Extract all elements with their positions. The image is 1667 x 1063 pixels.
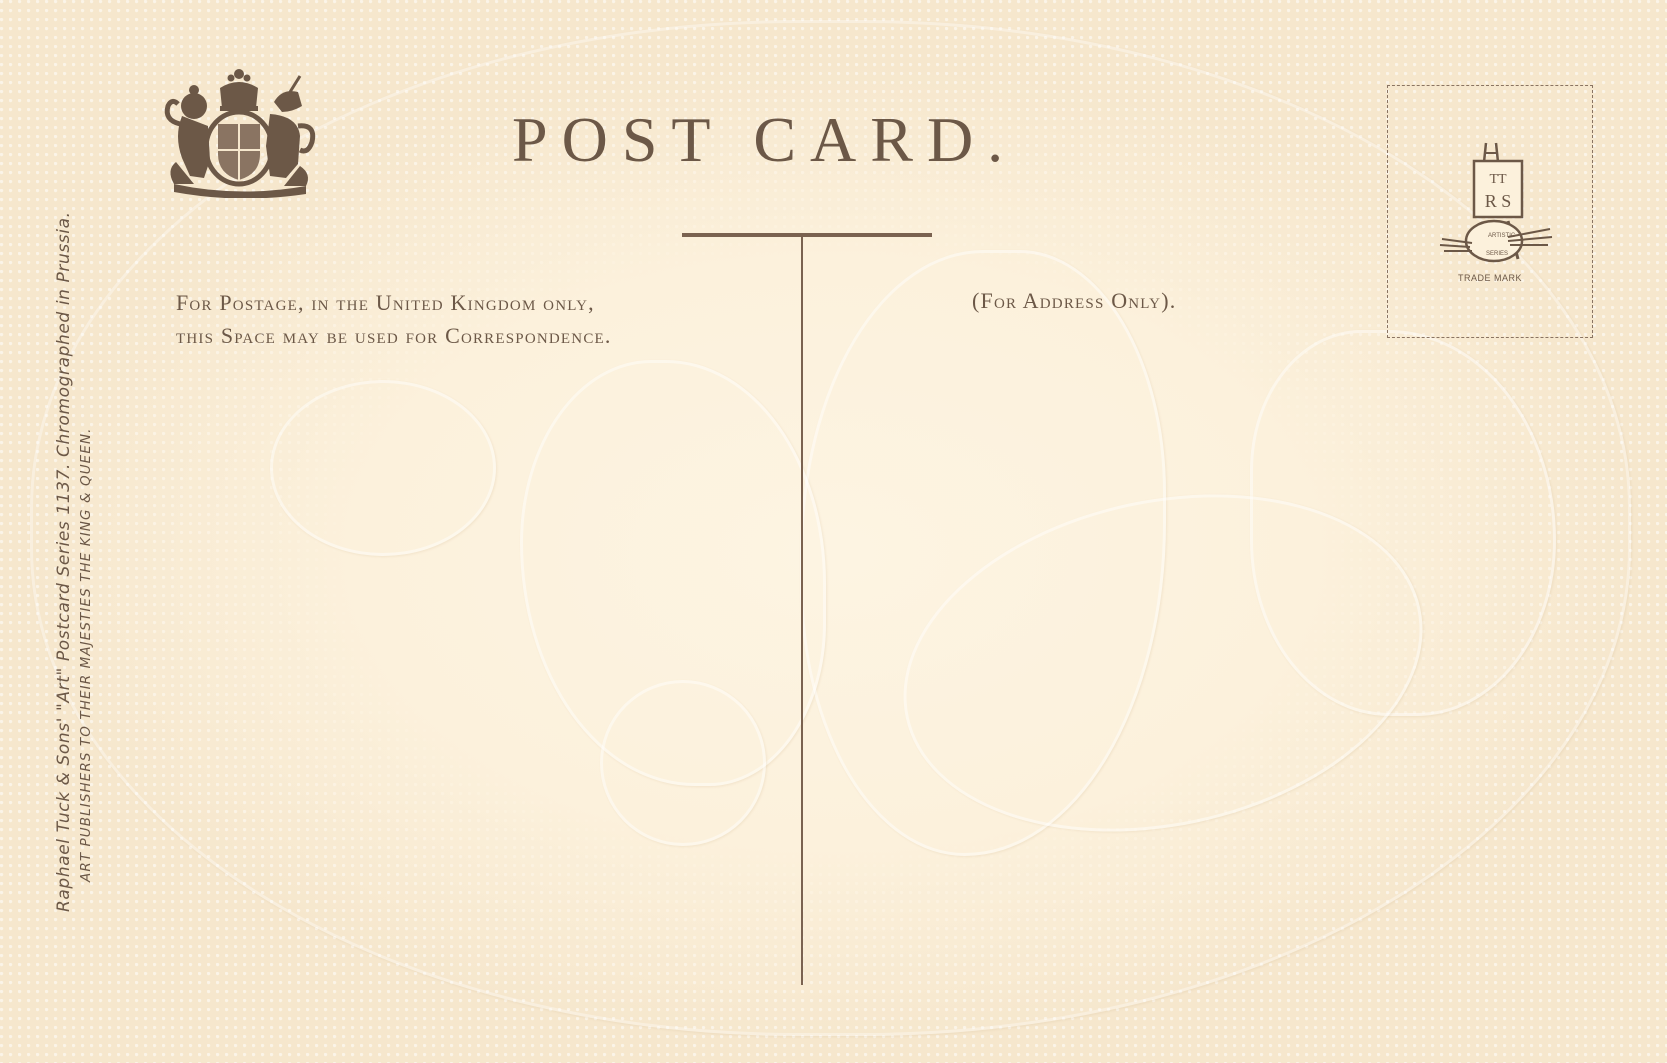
address-notice: (For Address Only). bbox=[972, 286, 1176, 316]
svg-text:R S: R S bbox=[1485, 191, 1512, 211]
publisher-imprint: Raphael Tuck & Sons' "Art" Postcard Seri… bbox=[52, 211, 96, 912]
embossed-figure-detail bbox=[270, 380, 496, 556]
embossed-figure-detail bbox=[520, 360, 826, 786]
postcard-back: POST CARD. For Postage, in the United Ki… bbox=[0, 0, 1667, 1063]
embossed-figure-detail bbox=[1250, 330, 1556, 716]
center-divider-line bbox=[801, 237, 803, 985]
trademark-label: TRADE MARK bbox=[1388, 273, 1592, 283]
publisher-imprint-line1: Raphael Tuck & Sons' "Art" Postcard Seri… bbox=[52, 211, 76, 912]
correspondence-notice-line1: For Postage, in the United Kingdom only, bbox=[176, 286, 786, 319]
svg-text:TT: TT bbox=[1489, 172, 1507, 187]
postcard-title: POST CARD. bbox=[512, 108, 1017, 172]
easel-palette-trademark-icon: TT R S ARTISTIC SERIES bbox=[1438, 141, 1558, 271]
royal-coat-of-arms-icon bbox=[160, 66, 318, 198]
svg-text:SERIES: SERIES bbox=[1486, 251, 1508, 257]
publisher-imprint-line2: ART PUBLISHERS TO THEIR MAJESTIES THE KI… bbox=[76, 211, 96, 912]
embossed-figure-detail bbox=[800, 250, 1166, 856]
correspondence-notice: For Postage, in the United Kingdom only,… bbox=[176, 286, 786, 352]
correspondence-notice-line2: this Space may be used for Correspondenc… bbox=[176, 319, 786, 352]
title-divider-bar bbox=[682, 233, 932, 237]
embossed-figure-detail bbox=[872, 449, 1454, 877]
stamp-box: TT R S ARTISTIC SERIES TRADE MARK bbox=[1387, 85, 1593, 338]
embossed-figure-detail bbox=[600, 680, 766, 846]
